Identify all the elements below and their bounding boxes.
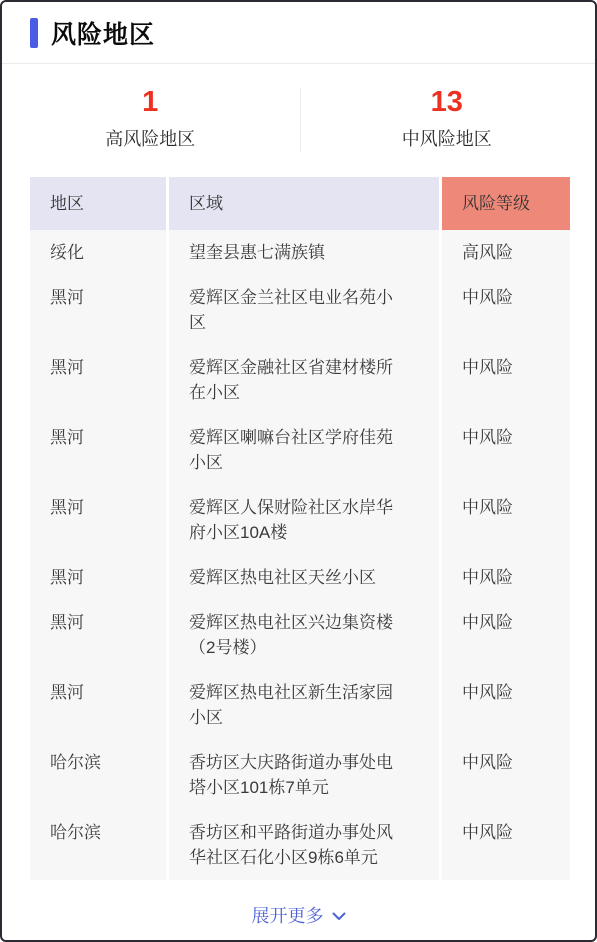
expand-more-button[interactable]: 展开更多 (2, 880, 595, 928)
row-area: 爱辉区热电社区新生活家园小区 (169, 670, 439, 740)
row-area: 香坊区大庆路街道办事处电塔小区101栋7单元 (169, 740, 439, 810)
table-row: 黑河 爱辉区热电社区新生活家园小区 中风险 (30, 670, 566, 740)
stat-medium-risk-count: 13 (299, 85, 596, 119)
header-risk-level: 风险等级 (442, 177, 570, 230)
row-city: 黑河 (30, 555, 166, 600)
row-area: 爱辉区金融社区省建材楼所在小区 (169, 345, 439, 415)
row-city: 黑河 (30, 275, 166, 345)
table-row: 黑河 爱辉区热电社区天丝小区 中风险 (30, 555, 566, 600)
table-row: 黑河 爱辉区金融社区省建材楼所在小区 中风险 (30, 345, 566, 415)
table-row: 绥化 望奎县惠七满族镇 高风险 (30, 230, 566, 275)
row-area: 香坊区和平路街道办事处风华社区石化小区9栋6单元 (169, 810, 439, 880)
row-level: 中风险 (442, 485, 570, 555)
row-city: 哈尔滨 (30, 740, 166, 810)
stat-high-risk-label: 高风险地区 (2, 127, 299, 151)
risk-table: 地区 区域 风险等级 绥化 望奎县惠七满族镇 高风险 黑河 爱辉区金兰社区电业名… (30, 177, 566, 880)
row-level: 中风险 (442, 345, 570, 415)
stats-divider (300, 88, 301, 152)
row-level: 高风险 (442, 230, 570, 275)
row-level: 中风险 (442, 275, 570, 345)
title-bar: 风险地区 (2, 2, 595, 64)
row-city: 黑河 (30, 345, 166, 415)
stat-medium-risk: 13 中风险地区 (299, 85, 596, 151)
row-city: 绥化 (30, 230, 166, 275)
table-row: 黑河 爱辉区热电社区兴边集资楼（2号楼） 中风险 (30, 600, 566, 670)
row-area: 爱辉区人保财险社区水岸华府小区10A楼 (169, 485, 439, 555)
row-city: 黑河 (30, 600, 166, 670)
title-accent-bar (30, 18, 38, 48)
row-area: 爱辉区热电社区兴边集资楼（2号楼） (169, 600, 439, 670)
stat-medium-risk-label: 中风险地区 (299, 127, 596, 151)
row-area: 爱辉区喇嘛台社区学府佳苑小区 (169, 415, 439, 485)
row-city: 黑河 (30, 670, 166, 740)
risk-area-panel: 风险地区 1 高风险地区 13 中风险地区 地区 区域 风险等级 绥化 望奎县惠… (0, 0, 597, 942)
header-region: 地区 (30, 177, 166, 230)
expand-more-label: 展开更多 (252, 902, 324, 928)
row-area: 爱辉区热电社区天丝小区 (169, 555, 439, 600)
table-body: 绥化 望奎县惠七满族镇 高风险 黑河 爱辉区金兰社区电业名苑小区 中风险 黑河 … (30, 230, 566, 880)
table-row: 哈尔滨 香坊区大庆路街道办事处电塔小区101栋7单元 中风险 (30, 740, 566, 810)
table-row: 黑河 爱辉区人保财险社区水岸华府小区10A楼 中风险 (30, 485, 566, 555)
table-header-row: 地区 区域 风险等级 (30, 177, 566, 230)
row-area: 望奎县惠七满族镇 (169, 230, 439, 275)
row-city: 哈尔滨 (30, 810, 166, 880)
row-area: 爱辉区金兰社区电业名苑小区 (169, 275, 439, 345)
row-level: 中风险 (442, 415, 570, 485)
stat-high-risk-count: 1 (2, 85, 299, 119)
page-title: 风险地区 (51, 15, 155, 51)
row-level: 中风险 (442, 600, 570, 670)
stats-summary: 1 高风险地区 13 中风险地区 (2, 64, 595, 175)
chevron-down-icon (332, 909, 346, 924)
row-level: 中风险 (442, 740, 570, 810)
row-level: 中风险 (442, 670, 570, 740)
row-level: 中风险 (442, 555, 570, 600)
table-row: 黑河 爱辉区喇嘛台社区学府佳苑小区 中风险 (30, 415, 566, 485)
row-level: 中风险 (442, 810, 570, 880)
header-area: 区域 (169, 177, 439, 230)
row-city: 黑河 (30, 415, 166, 485)
stat-high-risk: 1 高风险地区 (2, 85, 299, 151)
table-row: 黑河 爱辉区金兰社区电业名苑小区 中风险 (30, 275, 566, 345)
table-row: 哈尔滨 香坊区和平路街道办事处风华社区石化小区9栋6单元 中风险 (30, 810, 566, 880)
row-city: 黑河 (30, 485, 166, 555)
